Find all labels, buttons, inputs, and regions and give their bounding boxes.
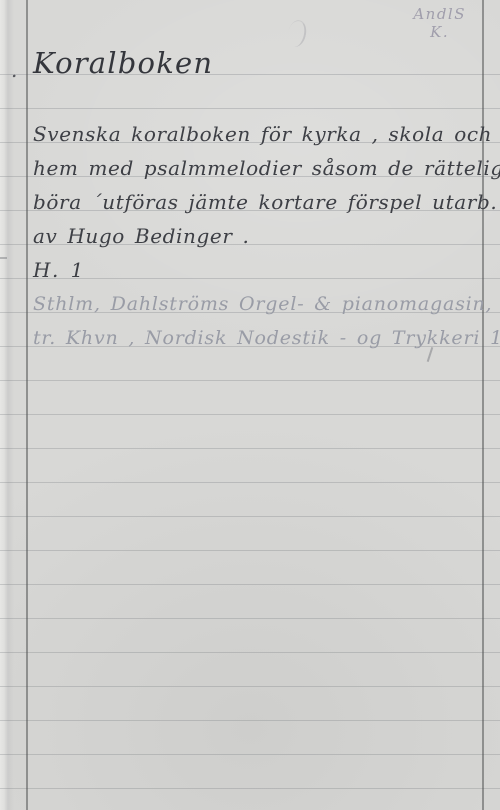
faint-pencil-mark bbox=[285, 18, 308, 48]
left-margin-line bbox=[26, 0, 28, 810]
margin-dash-mark bbox=[0, 257, 7, 259]
body-line-3: böra ´utföras jämte kortare förspel utar… bbox=[33, 180, 486, 214]
shelfmark-line1: AndlS bbox=[413, 5, 466, 23]
imprint-line-2: tr. Khvn , Nordisk Nodestik - og Trykker… bbox=[33, 316, 486, 350]
body-line-1: Svenska koralboken för kyrka , skola och bbox=[33, 112, 486, 146]
corner-shelfmark: AndlS K. bbox=[413, 5, 466, 41]
card-text: Svenska koralboken för kyrka , skola och… bbox=[33, 108, 486, 346]
body-line-4: av Hugo Bedinger . bbox=[33, 214, 486, 248]
body-line-2: hem med psalmmelodier såsom de rättelige… bbox=[33, 146, 486, 180]
heft-number: H. 1 bbox=[33, 248, 486, 282]
catalog-card: AndlS K. . Koralboken Svenska koralboken… bbox=[0, 0, 500, 810]
margin-dot: . bbox=[11, 58, 17, 82]
shelfmark-line2: K. bbox=[413, 23, 466, 41]
card-title: Koralboken bbox=[33, 46, 213, 80]
imprint-line-1: Sthlm, Dahlströms Orgel- & pianomagasin, bbox=[33, 282, 486, 316]
